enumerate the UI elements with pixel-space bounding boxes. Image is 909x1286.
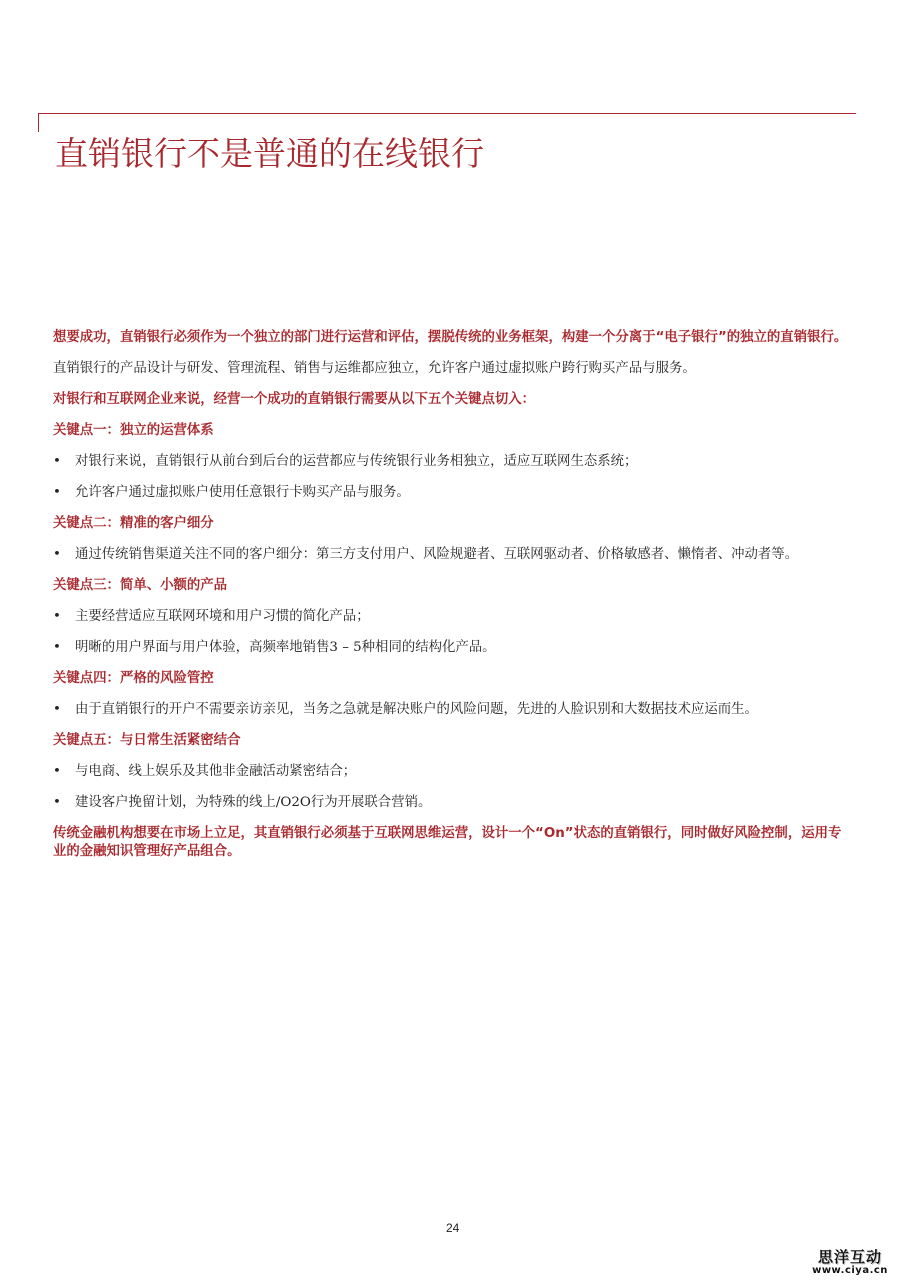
- header-rule-tick: [38, 113, 39, 132]
- list-item: • 对银行来说，直销银行从前台到后台的运营都应与传统银行业务相独立，适应互联网生…: [53, 453, 853, 471]
- keypoint-heading-5: 关键点五：与日常生活紧密结合: [53, 732, 853, 750]
- bullet-icon: •: [53, 453, 61, 471]
- keypoint-heading-3: 关键点三：简单、小额的产品: [53, 577, 853, 595]
- header-rule: [38, 113, 856, 114]
- list-item-text: 允许客户通过虚拟账户使用任意银行卡购买产品与服务。: [75, 485, 410, 500]
- bullet-icon: •: [53, 763, 61, 781]
- list-item-text: 明晰的用户界面与用户体验，高频率地销售3 – 5种相同的结构化产品。: [75, 640, 496, 655]
- keypoint-heading-2: 关键点二：精准的客户细分: [53, 515, 853, 533]
- bullet-icon: •: [53, 484, 61, 502]
- list-item: • 通过传统销售渠道关注不同的客户细分：第三方支付用户、风险规避者、互联网驱动者…: [53, 546, 853, 564]
- keypoint-heading-4: 关键点四：严格的风险管控: [53, 670, 853, 688]
- list-item: • 建设客户挽留计划，为特殊的线上/O2O行为开展联合营销。: [53, 794, 853, 812]
- list-item-text: 主要经营适应互联网环境和用户习惯的简化产品；: [75, 609, 370, 624]
- page-title: 直销银行不是普通的在线银行: [55, 132, 484, 176]
- bullet-icon: •: [53, 546, 61, 564]
- bullet-icon: •: [53, 701, 61, 719]
- bullet-icon: •: [53, 608, 61, 626]
- list-item-text: 由于直销银行的开户不需要亲访亲见，当务之急就是解决账户的风险问题，先进的人脸识别…: [75, 702, 758, 717]
- keypoint-heading-1: 关键点一：独立的运营体系: [53, 422, 853, 440]
- content-body: 想要成功，直销银行必须作为一个独立的部门进行运营和评估，摆脱传统的业务框架，构建…: [53, 329, 853, 861]
- list-item: • 主要经营适应互联网环境和用户习惯的简化产品；: [53, 608, 853, 626]
- list-item: • 允许客户通过虚拟账户使用任意银行卡购买产品与服务。: [53, 484, 853, 502]
- list-item: • 由于直销银行的开户不需要亲访亲见，当务之急就是解决账户的风险问题，先进的人脸…: [53, 701, 853, 719]
- intro-paragraph: 想要成功，直销银行必须作为一个独立的部门进行运营和评估，摆脱传统的业务框架，构建…: [53, 329, 853, 347]
- page-number: 24: [446, 1221, 459, 1235]
- conclusion-paragraph: 传统金融机构想要在市场上立足，其直销银行必须基于互联网思维运营，设计一个“On”…: [53, 825, 853, 861]
- list-item: • 与电商、线上娱乐及其他非金融活动紧密结合；: [53, 763, 853, 781]
- watermark-name: 思洋互动: [800, 1249, 900, 1265]
- list-item-text: 对银行来说，直销银行从前台到后台的运营都应与传统银行业务相独立，适应互联网生态系…: [75, 454, 637, 469]
- lead-paragraph: 对银行和互联网企业来说，经营一个成功的直销银行需要从以下五个关键点切入：: [53, 391, 853, 409]
- bullet-icon: •: [53, 639, 61, 657]
- list-item-text: 通过传统销售渠道关注不同的客户细分：第三方支付用户、风险规避者、互联网驱动者、价…: [75, 547, 798, 562]
- body-paragraph: 直销银行的产品设计与研发、管理流程、销售与运维都应独立，允许客户通过虚拟账户跨行…: [53, 360, 853, 378]
- list-item: • 明晰的用户界面与用户体验，高频率地销售3 – 5种相同的结构化产品。: [53, 639, 853, 657]
- watermark-url: www.ciya.cn: [800, 1265, 900, 1277]
- bullet-icon: •: [53, 794, 61, 812]
- list-item-text: 建设客户挽留计划，为特殊的线上/O2O行为开展联合营销。: [75, 795, 431, 810]
- list-item-text: 与电商、线上娱乐及其他非金融活动紧密结合；: [75, 764, 356, 779]
- watermark-logo: 思洋互动 www.ciya.cn: [800, 1249, 900, 1277]
